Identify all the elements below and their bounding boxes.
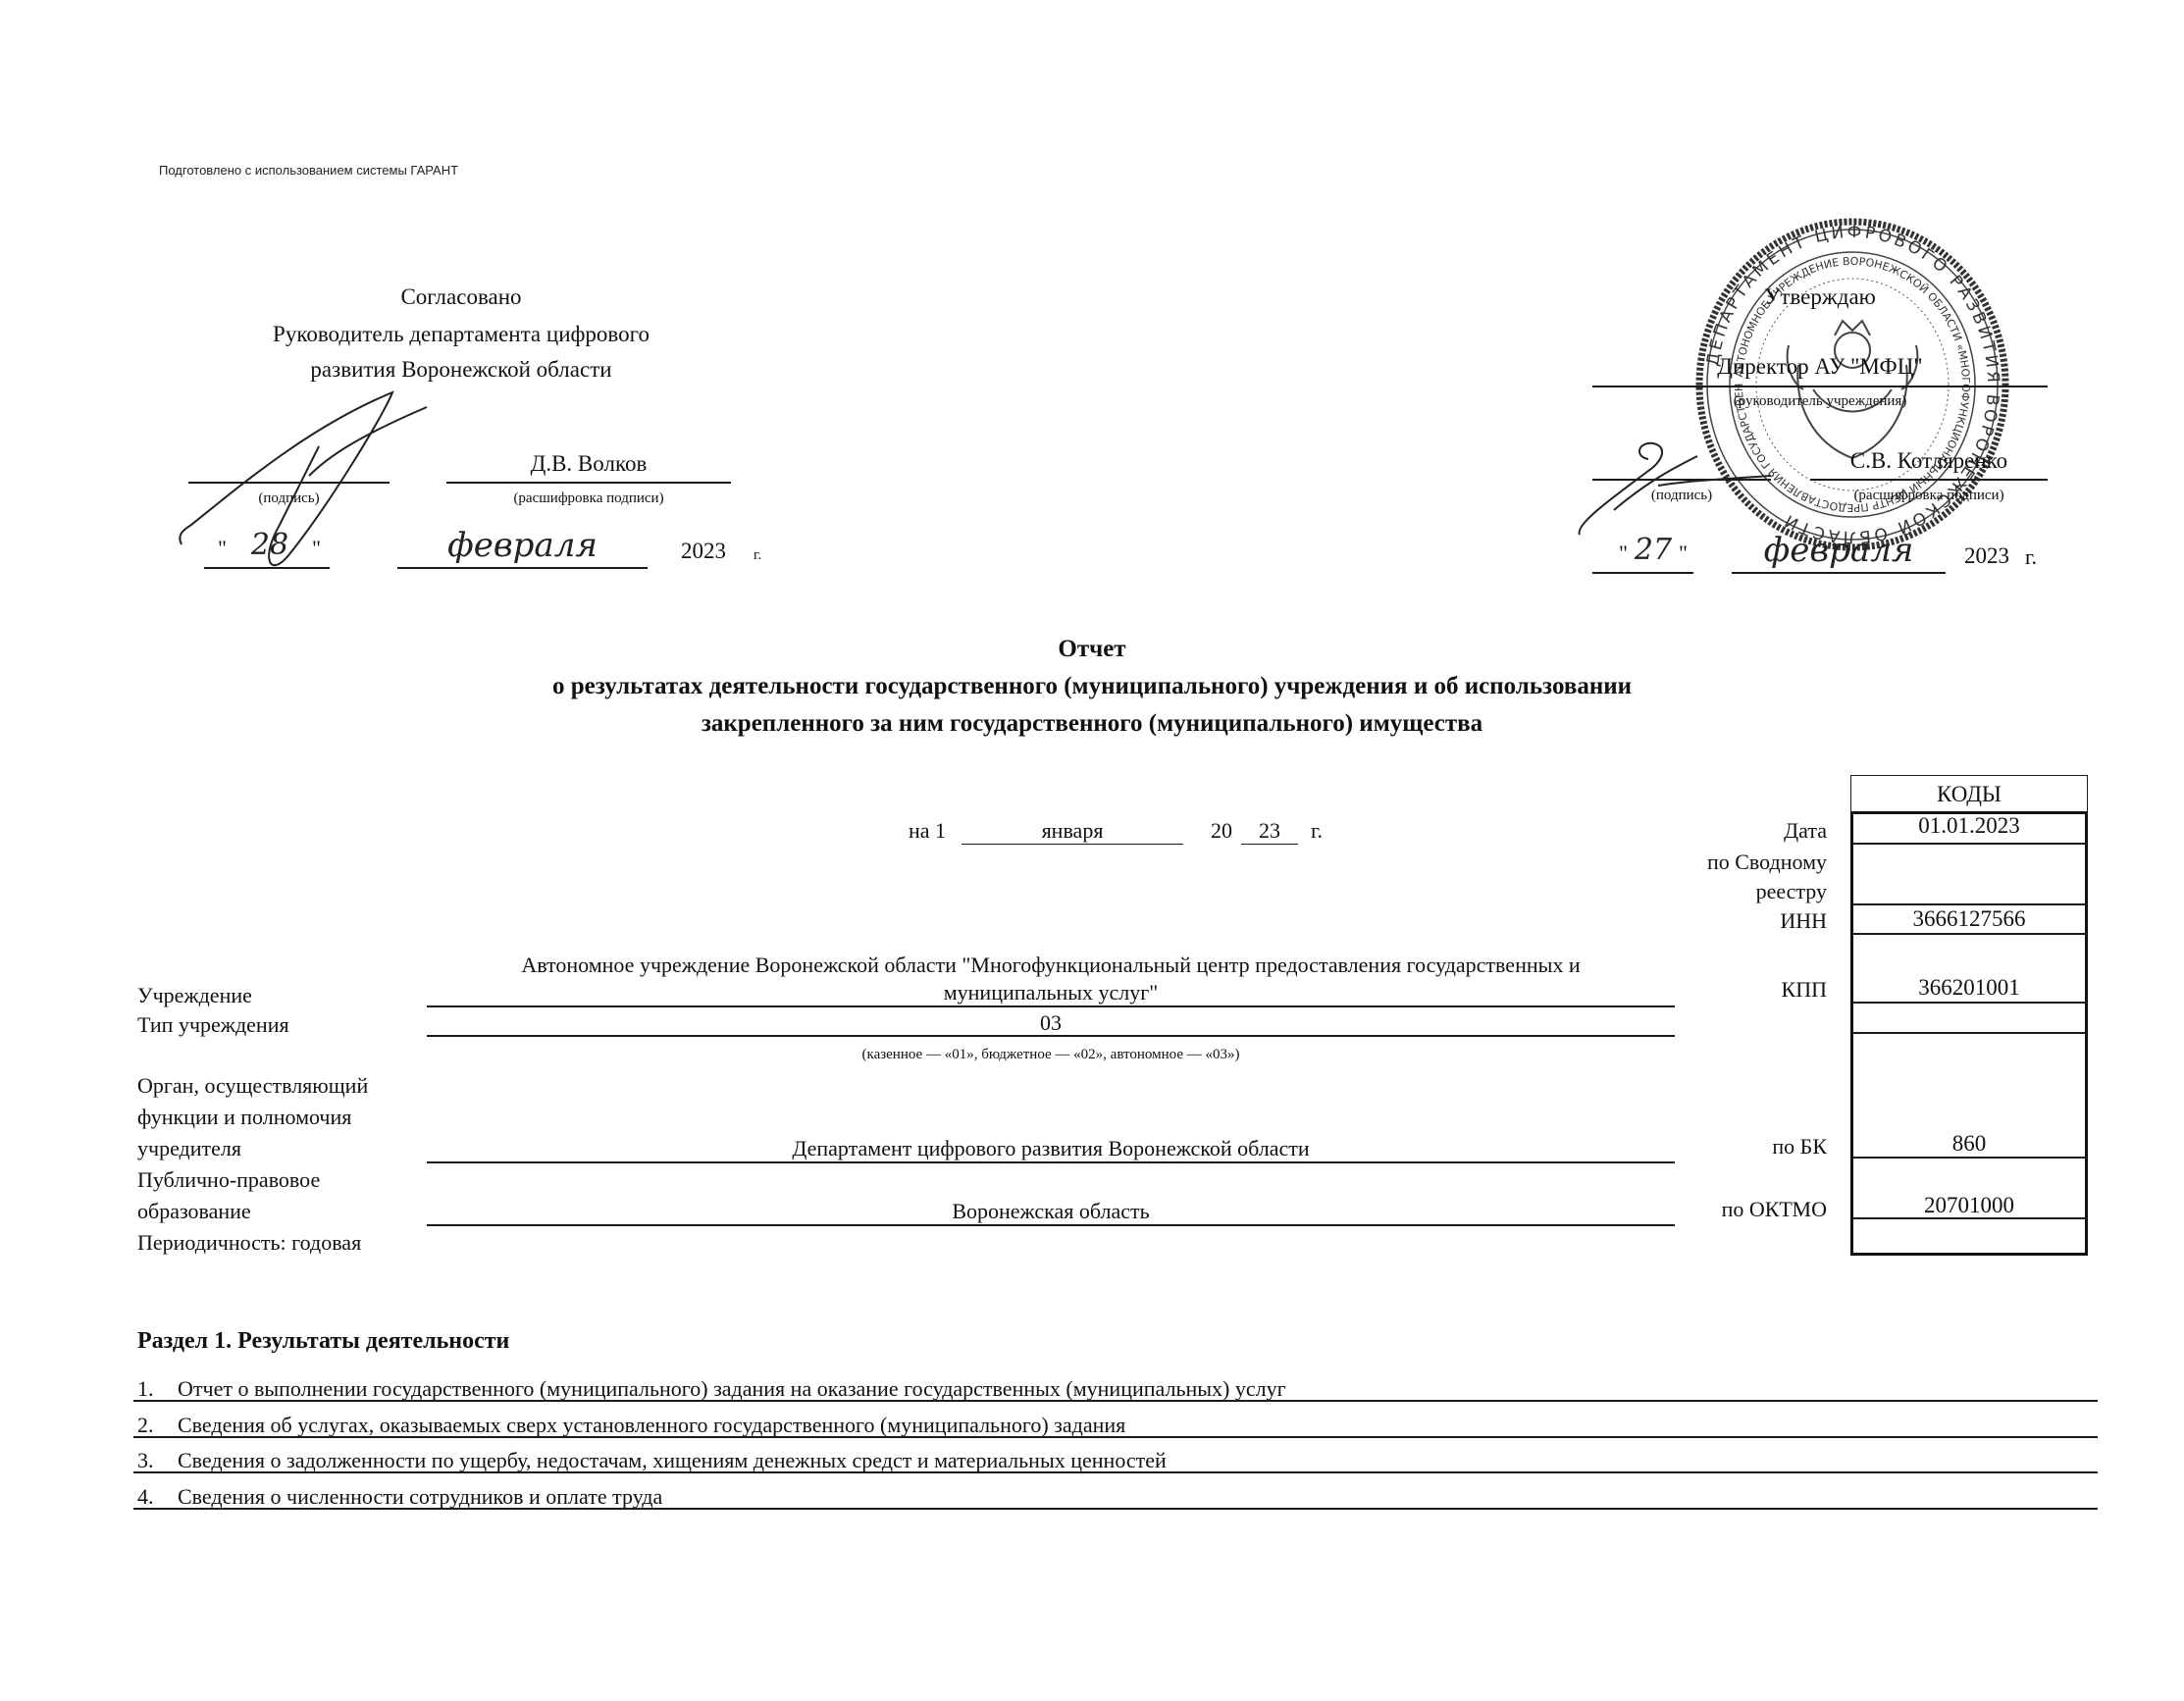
report-date-prefix: на 1 xyxy=(909,818,946,844)
public-entity-line xyxy=(427,1224,1675,1226)
signer-name: Д.В. Волков xyxy=(446,451,731,477)
codes-row-divider xyxy=(1853,1002,2085,1004)
public-entity-label-1: Публично-правовое xyxy=(137,1167,320,1193)
section-item-number: 1. xyxy=(137,1376,154,1402)
document-page: Подготовлено с использованием системы ГА… xyxy=(0,0,2184,1701)
type-line xyxy=(427,1035,1675,1037)
quote-close: " xyxy=(1679,541,1688,566)
section-item-link[interactable]: Сведения о задолженности по ущербу, недо… xyxy=(178,1448,1167,1473)
report-subtitle-2: закрепленного за ним государственного (м… xyxy=(0,710,2184,738)
section-item-line xyxy=(133,1436,2098,1438)
date-year: 2023 xyxy=(1964,543,2009,569)
approval-right-title: Утверждаю xyxy=(1592,284,2048,310)
report-date-month: января xyxy=(962,818,1183,844)
name-caption: (расшифровка подписи) xyxy=(446,490,731,507)
institution-value-2: муниципальных услуг" xyxy=(427,980,1675,1005)
month-line xyxy=(1732,572,1946,574)
year-suffix: г. xyxy=(2025,544,2037,570)
founder-value: Департамент цифрового развития Воронежск… xyxy=(427,1136,1675,1161)
approval-left-title: Согласовано xyxy=(216,284,706,310)
date-year: 2023 xyxy=(681,539,726,564)
section-item-link[interactable]: Сведения об услугах, оказываемых сверх у… xyxy=(178,1413,1125,1438)
founder-line xyxy=(427,1161,1675,1163)
founder-label-2: функции и полномочия xyxy=(137,1105,351,1130)
report-date-year: 23 xyxy=(1241,818,1298,844)
approval-right-position: Директор АУ "МФЦ" xyxy=(1592,354,2048,380)
position-caption: (руководитель учреждения) xyxy=(1592,393,2048,410)
year-suffix: г. xyxy=(754,547,761,564)
type-label: Тип учреждения xyxy=(137,1012,289,1038)
day-line xyxy=(1592,572,1693,574)
approval-left-position-1: Руководитель департамента цифрового xyxy=(216,322,706,347)
founder-label-1: Орган, осуществляющий xyxy=(137,1073,368,1099)
institution-value-1: Автономное учреждение Воронежской област… xyxy=(427,953,1675,978)
report-title: Отчет xyxy=(0,636,2184,663)
code-label-inn: ИНН xyxy=(1629,908,1827,934)
codes-row-divider xyxy=(1853,1032,2085,1034)
approval-left-position-2: развития Воронежской области xyxy=(216,357,706,383)
code-value-inn: 3666127566 xyxy=(1853,905,2085,933)
code-value-date: 01.01.2023 xyxy=(1853,812,2085,840)
codes-body: 01.01.2023 3666127566 366201001 860 2070… xyxy=(1850,811,2088,1256)
code-value-bk: 860 xyxy=(1853,1130,2085,1158)
position-line xyxy=(1592,386,2048,387)
codes-row-divider xyxy=(1853,933,2085,935)
signer-name: С.В. Котляренко xyxy=(1810,448,2048,474)
name-line xyxy=(1810,479,2048,481)
handwritten-signature-icon xyxy=(1570,432,1776,540)
type-value: 03 xyxy=(427,1010,1675,1036)
report-year-line xyxy=(1241,844,1298,845)
section-item-number: 3. xyxy=(137,1448,154,1473)
codes-row-divider xyxy=(1853,843,2085,845)
public-entity-value: Воронежская область xyxy=(427,1199,1675,1224)
section-item-link[interactable]: Отчет о выполнении государственного (мун… xyxy=(178,1376,1286,1402)
code-value-kpp: 366201001 xyxy=(1853,974,2085,1002)
public-entity-label-2: образование xyxy=(137,1199,251,1224)
code-label-registry-1: по Сводному xyxy=(1629,850,1827,875)
report-subtitle-1: о результатах деятельности государственн… xyxy=(0,673,2184,700)
code-value-oktmo: 20701000 xyxy=(1853,1192,2085,1219)
institution-label: Учреждение xyxy=(137,983,252,1008)
report-date-century: 20 xyxy=(1211,818,1232,844)
handwritten-signature-icon xyxy=(172,387,437,584)
garant-note: Подготовлено с использованием системы ГА… xyxy=(159,163,458,178)
name-caption: (расшифровка подписи) xyxy=(1810,488,2048,504)
section-item-link[interactable]: Сведения о численности сотрудников и опл… xyxy=(178,1484,662,1510)
periodicity: Периодичность: годовая xyxy=(137,1230,361,1256)
section-item-number: 4. xyxy=(137,1484,154,1510)
section-heading: Раздел 1. Результаты деятельности xyxy=(137,1328,509,1355)
code-label-bk: по БК xyxy=(1629,1134,1827,1160)
section-item-number: 2. xyxy=(137,1413,154,1438)
institution-line xyxy=(427,1005,1675,1007)
code-label-oktmo: по ОКТМО xyxy=(1629,1197,1827,1222)
name-line xyxy=(446,482,731,484)
section-item-line xyxy=(133,1471,2098,1473)
section-item-line xyxy=(133,1508,2098,1510)
codes-row-divider xyxy=(1853,1157,2085,1159)
code-label-registry-2: реестру xyxy=(1629,879,1827,904)
code-label-kpp: КПП xyxy=(1629,977,1827,1003)
codes-table: КОДЫ 01.01.2023 3666127566 366201001 860… xyxy=(1850,775,2088,1254)
code-label-date: Дата xyxy=(1629,818,1827,844)
report-month-line xyxy=(962,844,1183,845)
type-hint: (казенное — «01», бюджетное — «02», авто… xyxy=(427,1047,1675,1063)
section-item-line xyxy=(133,1400,2098,1402)
codes-row-divider xyxy=(1853,1217,2085,1219)
report-date-suffix: г. xyxy=(1311,818,1323,844)
codes-header: КОДЫ xyxy=(1850,775,2088,812)
founder-label-3: учредителя xyxy=(137,1136,241,1161)
